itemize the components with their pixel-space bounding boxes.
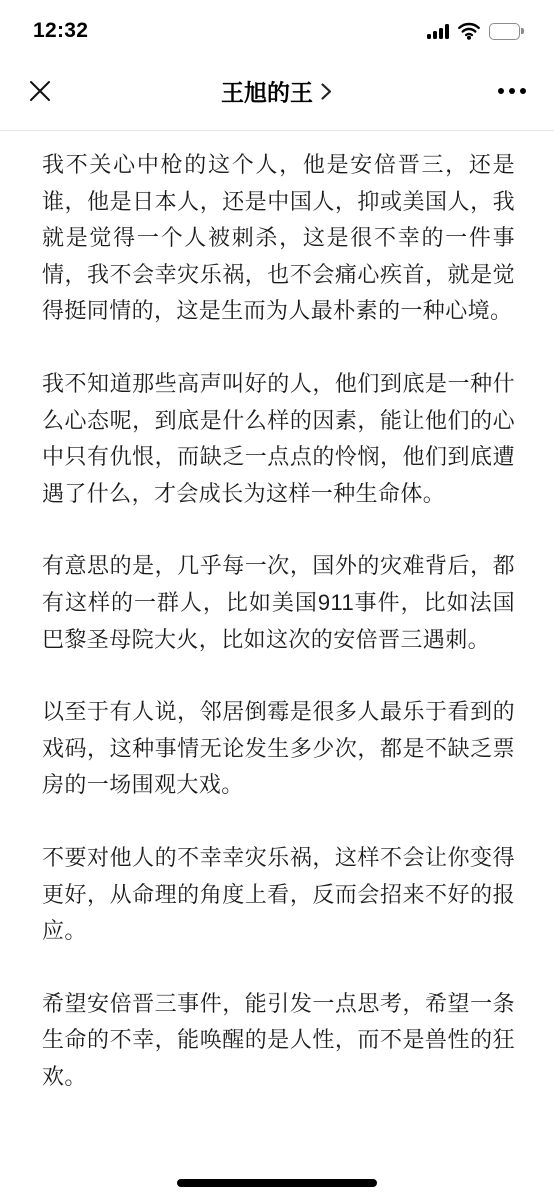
- article-paragraph: 以至于有人说，邻居倒霉是很多人最乐于看到的戏码，这种事情无论发生多少次，都是不缺…: [42, 694, 515, 804]
- article-body: 我不关心中枪的这个人，他是安倍晋三，还是谁，他是日本人，还是中国人，抑或美国人，…: [0, 131, 554, 1095]
- article-paragraph: 我不关心中枪的这个人，他是安倍晋三，还是谁，他是日本人，还是中国人，抑或美国人，…: [42, 147, 515, 330]
- status-icons: [427, 22, 524, 40]
- account-title-link[interactable]: 王旭的王: [221, 75, 333, 108]
- phone-screen: 12:32 王旭的王: [0, 0, 554, 1200]
- more-dot: [498, 88, 504, 94]
- battery-icon: [489, 23, 524, 40]
- status-bar: 12:32: [0, 0, 554, 52]
- close-button[interactable]: [28, 71, 68, 111]
- more-button[interactable]: [498, 82, 526, 100]
- status-time: 12:32: [33, 19, 88, 43]
- home-indicator[interactable]: [177, 1179, 377, 1187]
- page-title: 王旭的王: [221, 75, 313, 108]
- article-paragraph: 不要对他人的不幸幸灾乐祸，这样不会让你变得更好，从命理的角度上看，反而会招来不好…: [42, 840, 515, 950]
- article-paragraph: 有意思的是，几乎每一次，国外的灾难背后，都有这样的一群人，比如美国911事件，比…: [42, 548, 515, 658]
- more-dot: [509, 88, 515, 94]
- navbar: 王旭的王: [0, 52, 554, 131]
- wifi-icon: [457, 22, 481, 40]
- more-dot: [520, 88, 526, 94]
- close-icon: [28, 79, 52, 103]
- chevron-right-icon: [320, 81, 333, 101]
- article-paragraph: 我不知道那些高声叫好的人，他们到底是一种什么心态呢，到底是什么样的因素，能让他们…: [42, 366, 515, 512]
- cellular-signal-icon: [427, 24, 449, 39]
- article-paragraph: 希望安倍晋三事件，能引发一点思考，希望一条生命的不幸，能唤醒的是人性，而不是兽性…: [42, 986, 515, 1096]
